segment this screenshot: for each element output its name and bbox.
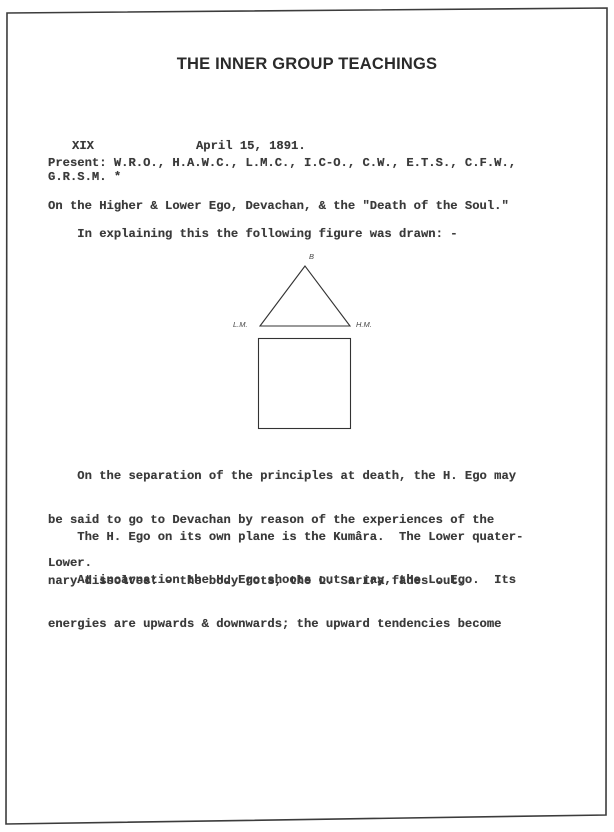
- subject-heading: On the Higher & Lower Ego, Devachan, & t…: [48, 199, 509, 214]
- paragraph-line: On the separation of the principles at d…: [48, 469, 516, 484]
- apex-label: B: [309, 252, 314, 261]
- right-vertex-label: H.M.: [356, 320, 372, 329]
- attendees-line-1: Present: W.R.O., H.A.W.C., L.M.C., I.C-O…: [48, 156, 516, 171]
- left-vertex-label: L.M.: [233, 320, 248, 329]
- session-date: April 15, 1891.: [196, 139, 306, 153]
- paragraph-line: energies are upwards & downwards; the up…: [48, 617, 516, 632]
- session-header: XIXApril 15, 1891.: [48, 139, 306, 154]
- session-number: XIX: [72, 139, 94, 153]
- page-border: [0, 0, 614, 832]
- page-title: THE INNER GROUP TEACHINGS: [0, 55, 614, 74]
- paragraph-line: At incarnation the H. Ego shoots out a r…: [48, 573, 516, 588]
- paragraph-3: At incarnation the H. Ego shoots out a r…: [48, 544, 516, 646]
- figure-intro: In explaining this the following figure …: [48, 227, 458, 242]
- attendees-line-2: G.R.S.M. *: [48, 170, 121, 185]
- paragraph-line: The H. Ego on its own plane is the Kumâr…: [48, 530, 523, 545]
